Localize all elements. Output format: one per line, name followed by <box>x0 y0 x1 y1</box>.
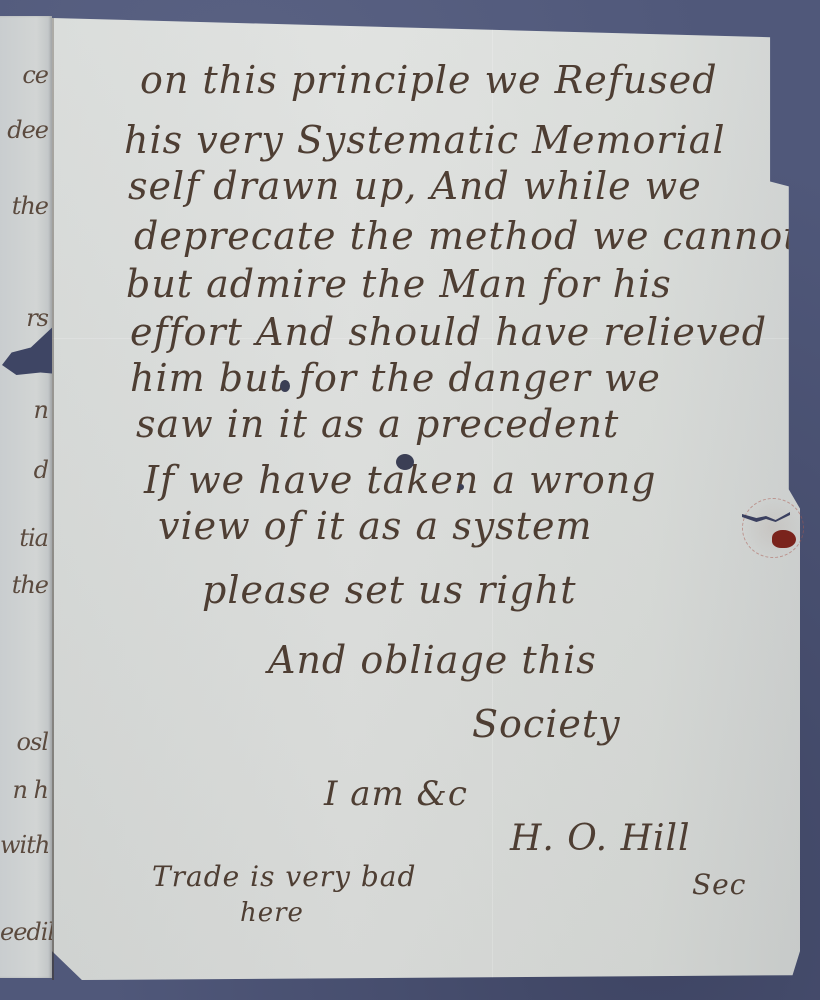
left-fragment-text: n h <box>0 776 52 804</box>
letter-line: self drawn up, And while we <box>128 164 702 208</box>
letter-line: deprecate the method we cannot <box>134 214 800 258</box>
letter-line: saw in it as a precedent <box>136 402 619 446</box>
postscript-line: here <box>240 898 304 928</box>
letter-line: on this principle we Refused <box>140 58 718 102</box>
postscript-line: Trade is very bad <box>152 860 416 893</box>
letter-line: And obliage this <box>268 638 597 682</box>
letter-line: but admire the Man for his <box>126 262 672 306</box>
left-fragment-text: d <box>0 456 52 484</box>
letter-line: his very Systematic Memorial <box>124 118 726 162</box>
letter-line: view of it as a system <box>158 504 592 548</box>
left-fragment-text: tia <box>0 524 52 552</box>
seal-stain <box>742 498 804 558</box>
signature: H. O. Hill <box>510 818 691 859</box>
letter-closing: I am &c <box>324 774 468 814</box>
signature-title: Sec <box>692 868 746 901</box>
left-fragment-text: ce <box>0 61 52 89</box>
letter-page: on this principle we Refused his very Sy… <box>52 18 800 980</box>
letter-line: him but for the danger we <box>130 356 661 400</box>
left-fragment-text: eedily <box>0 918 52 946</box>
left-fragment-text: the <box>0 192 52 220</box>
left-fragment-text: rs <box>0 304 52 332</box>
left-fragment-text: n <box>0 396 52 424</box>
left-fragment-text: dee <box>0 116 52 144</box>
paper-hole <box>280 380 290 392</box>
left-fragment-text: the <box>0 571 52 599</box>
letter-line: Society <box>472 702 621 746</box>
left-fragment-text: osl <box>0 728 52 756</box>
left-page-fragment: ce dee the rs n d tia the osl n h with e… <box>0 16 52 978</box>
wax-seal-fragment <box>772 530 796 548</box>
paper-hole <box>458 484 464 490</box>
letter-line: please set us right <box>202 568 576 612</box>
page-fold <box>52 18 54 980</box>
left-fragment-text: with <box>0 831 52 859</box>
paper-hole <box>396 454 414 470</box>
letter-line: effort And should have relieved <box>130 310 767 354</box>
